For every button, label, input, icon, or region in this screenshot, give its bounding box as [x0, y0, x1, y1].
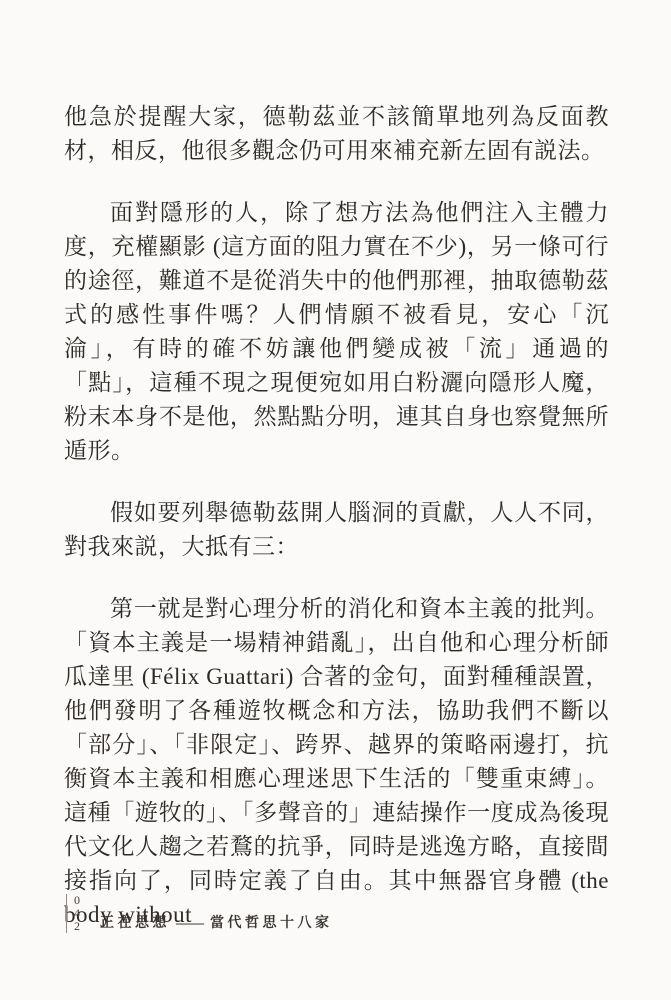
book-subtitle: 當代哲思十八家 — [210, 916, 333, 931]
book-page: 他急於提醒大家，德勒茲並不該簡單地列為反面教材，相反，他很多觀念仍可用來補充新左… — [0, 0, 671, 1000]
page-footer: 0 4 2 正在思想——當代哲思十八家 — [66, 894, 333, 933]
book-title: 正在思想 — [100, 916, 170, 931]
page-number-digits: 0 4 2 — [74, 894, 80, 933]
body-text: 他急於提醒大家，德勒茲並不該簡單地列為反面教材，相反，他很多觀念仍可用來補充新左… — [64, 100, 609, 960]
dash-separator: —— — [176, 916, 204, 931]
paragraph: 面對隱形的人，除了想方法為他們注入主體力度，充權顯影 (這方面的阻力實在不少)，… — [64, 196, 609, 468]
paragraph: 第一就是對心理分析的消化和資本主義的批判。「資本主義是一場精神錯亂」，出自他和心… — [64, 592, 609, 932]
paragraph: 假如要列舉德勒茲開人腦洞的貢獻，人人不同，對我來説，大抵有三： — [64, 496, 609, 564]
paragraph: 他急於提醒大家，德勒茲並不該簡單地列為反面教材，相反，他很多觀念仍可用來補充新左… — [64, 100, 609, 168]
running-footer-title: 正在思想——當代哲思十八家 — [100, 912, 333, 932]
page-number: 0 4 2 — [66, 894, 80, 933]
page-number-digit: 2 — [74, 920, 80, 933]
